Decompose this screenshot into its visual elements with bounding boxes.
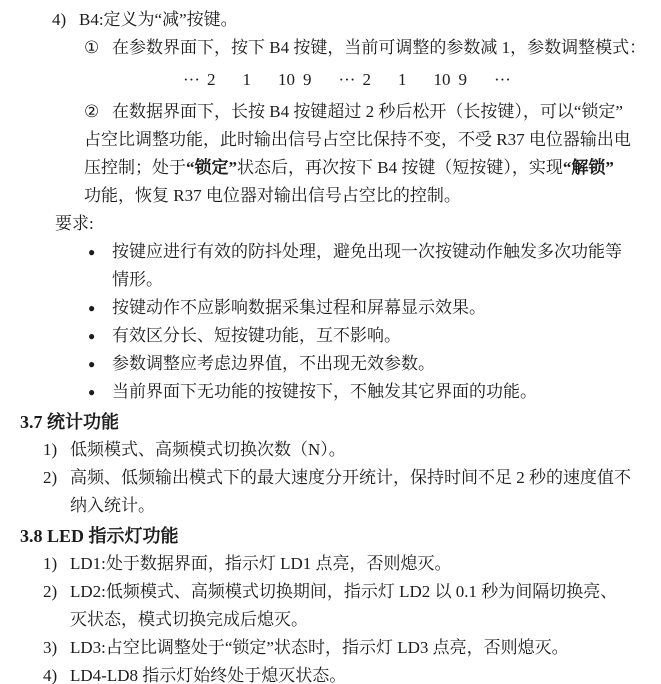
sequence-ellipsis: ···: [494, 66, 511, 94]
bullet-icon: ●: [88, 294, 112, 322]
sequence-ellipsis: ···: [338, 66, 355, 94]
bold-unlock-term: “解锁”: [563, 154, 614, 182]
section-3-8-item-2-wrap: 灭状态，模式切换完成后熄灭。: [0, 606, 661, 634]
requirement-bullet-2: ● 按键动作不应影响数据采集过程和屏幕显示效果。: [0, 294, 661, 322]
circled-step-1-marker: ①: [84, 34, 112, 62]
requirement-bullet-4: ● 参数调整应考虑边界值，不出现无效参数。: [0, 350, 661, 378]
bold-locked-term: “锁定”: [186, 154, 237, 182]
section-3-7-heading: 3.7 统计功能: [0, 408, 661, 436]
section-3-8-item-4: 4) LD4-LD8 指示灯始终处于熄灭状态。: [0, 662, 661, 684]
circled-step-2-marker: ②: [84, 98, 112, 126]
circled-step-1-text: 在参数界面下，按下 B4 按键，当前可调整的参数减 1，参数调整模式：: [112, 34, 646, 62]
sequence-number: 10: [433, 66, 450, 94]
requirement-bullet-3: ● 有效区分长、短按键功能，互不影响。: [0, 322, 661, 350]
section-3-7-item-2-wrap: 纳入统计。: [0, 492, 661, 520]
sequence-number: 1: [242, 66, 251, 94]
list-item-b4: 4) B4:定义为“减”按键。: [0, 6, 661, 34]
circled-step-2-line-3: 压控制；处于“锁定”状态后，再次按下 B4 按键（短按键），实现“解锁”: [0, 154, 661, 182]
sequence-number: 9: [458, 66, 467, 94]
section-3-8-item-2: 2) LD2:低频模式、高频模式切换期间，指示灯 LD2 以 0.1 秒为间隔切…: [0, 578, 661, 606]
list-item-b4-marker: 4): [52, 6, 79, 34]
circled-step-2-text: 在数据界面下，长按 B4 按键超过 2 秒后松开（长按键），可以“锁定”: [112, 98, 623, 126]
circled-step-2-line-2: 占空比调整功能，此时输出信号占空比保持不变，不受 R37 电位器输出电: [0, 126, 661, 154]
requirement-bullet-5: ● 当前界面下无功能的按键按下，不触发其它界面的功能。: [0, 378, 661, 406]
document-page: 4) B4:定义为“减”按键。 ① 在参数界面下，按下 B4 按键，当前可调整的…: [0, 0, 661, 684]
section-3-8-heading: 3.8 LED 指示灯功能: [0, 522, 661, 550]
list-item-b4-text: B4:定义为“减”按键。: [79, 6, 238, 34]
bullet-icon: ●: [88, 322, 112, 350]
section-3-8-item-3: 3) LD3:占空比调整处于“锁定”状态时，指示灯 LD3 点亮，否则熄灭。: [0, 634, 661, 662]
section-3-8-item-1: 1) LD1:处于数据界面，指示灯 LD1 点亮，否则熄灭。: [0, 550, 661, 578]
sequence-number: 10: [278, 66, 295, 94]
bullet-icon: ●: [88, 378, 112, 406]
sequence-number: 9: [303, 66, 312, 94]
circled-step-2-line-1: ② 在数据界面下，长按 B4 按键超过 2 秒后松开（长按键），可以“锁定”: [0, 98, 661, 126]
requirements-label: 要求:: [0, 210, 661, 238]
section-3-7-item-2: 2) 高频、低频输出模式下的最大速度分开统计，保持时间不足 2 秒的速度值不: [0, 464, 661, 492]
sequence-number: 1: [398, 66, 407, 94]
requirement-bullet-1-wrap: 情形。: [0, 266, 661, 294]
parameter-cycle-sequence: ··· 2 1 10 9 ··· 2 1 10 9 ···: [0, 66, 661, 94]
requirement-bullet-1: ● 按键应进行有效的防抖处理，避免出现一次按键动作触发多次功能等: [0, 238, 661, 266]
bullet-icon: ●: [88, 350, 112, 378]
circled-step-2-line-4: 功能，恢复 R37 电位器对输出信号占空比的控制。: [0, 182, 661, 210]
sequence-number: 2: [362, 66, 371, 94]
section-3-7-item-1: 1) 低频模式、高频模式切换次数（N）。: [0, 436, 661, 464]
sequence-number: 2: [207, 66, 216, 94]
sequence-ellipsis: ···: [183, 66, 200, 94]
circled-step-1: ① 在参数界面下，按下 B4 按键，当前可调整的参数减 1，参数调整模式：: [0, 34, 661, 62]
bullet-icon: ●: [88, 238, 112, 266]
